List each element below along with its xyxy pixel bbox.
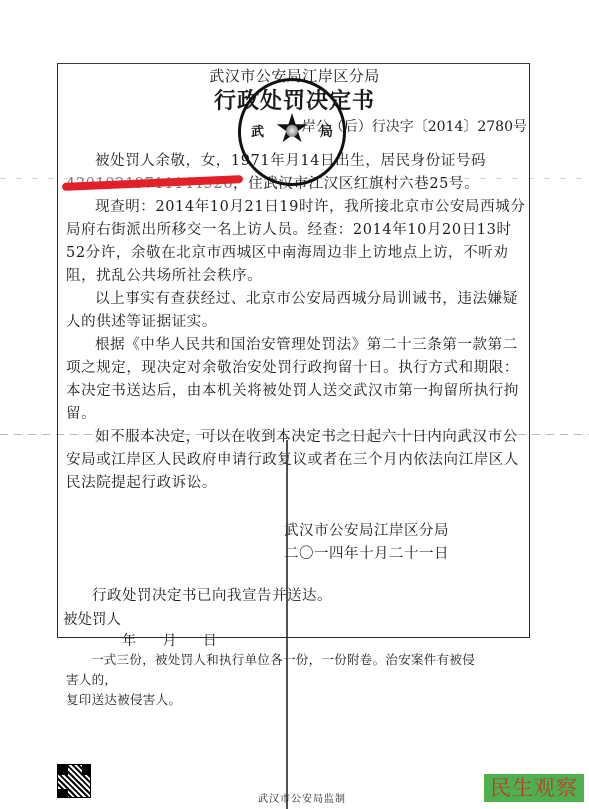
paper-fold-line xyxy=(286,440,288,809)
address-line: 42010219711144926，住武汉市江汉区红旗村六巷25号。 xyxy=(66,173,526,196)
appeal-paragraph: 如不服本决定，可以在收到本决定书之日起六十日内向武汉市公安局或江岸区人民政府申请… xyxy=(66,426,526,495)
footnote-line: 复印送达被侵害人。 xyxy=(66,690,486,710)
document-body: 被处罚人余敬，女，1971年月14日出生，居民身份证号码 42010219711… xyxy=(66,150,526,495)
findings-paragraph: 现查明：2014年10月21日19时许，我所接北京市公安局西城分局府右街派出所移… xyxy=(66,196,526,288)
qr-code-icon xyxy=(57,764,91,798)
recipient-label: 被处罚人 xyxy=(63,608,121,629)
document-title: 行政处罚决定书 xyxy=(0,84,589,115)
address-text: ，住武汉市江汉区红旗村六巷25号。 xyxy=(233,176,479,192)
footnote-line: 一式三份，被处罚人和执行单位各一份，一份附卷。治安案件有被侵害人的， xyxy=(66,650,486,690)
subject-text: 月14日出生，居民身份证号码 xyxy=(285,153,486,169)
subject-text: 被处罚人余敬，女，1971年 xyxy=(95,153,285,169)
footnote: 一式三份，被处罚人和执行单位各一份，一份附卷。治安案件有被侵害人的， 复印送达被… xyxy=(66,650,486,710)
watermark-badge: 民生观察 xyxy=(484,774,584,802)
redacted-id-number: 42010219711144926 xyxy=(66,173,233,196)
signature-block: 武汉市公安局江岸区分局 二〇一四年十月二十一日 xyxy=(284,520,449,566)
document-number: 岸公（后）行决字〔2014〕2780号 xyxy=(302,116,527,136)
signing-agency: 武汉市公安局江岸区分局 xyxy=(284,520,449,543)
subject-paragraph: 被处罚人余敬，女，1971年月14日出生，居民身份证号码 xyxy=(66,150,526,173)
ruling-paragraph: 根据《中华人民共和国治安管理处罚法》第二十三条第一款第二项之规定，现决定对余敬治… xyxy=(66,334,526,426)
signing-date: 二〇一四年十月二十一日 xyxy=(284,543,449,566)
agency-header: 武汉市公安局江岸区分局 xyxy=(0,65,589,86)
printer-credit: 武汉市公安局监制 xyxy=(258,790,346,805)
receipt-statement: 行政处罚决定书已向我宣告并送达。 xyxy=(92,584,332,605)
evidence-paragraph: 以上事实有查获经过、北京市公安局西城分局训诫书，违法嫌疑人的供述等证据证实。 xyxy=(66,288,526,334)
receipt-date-blanks: 年 月 日 xyxy=(122,630,217,650)
